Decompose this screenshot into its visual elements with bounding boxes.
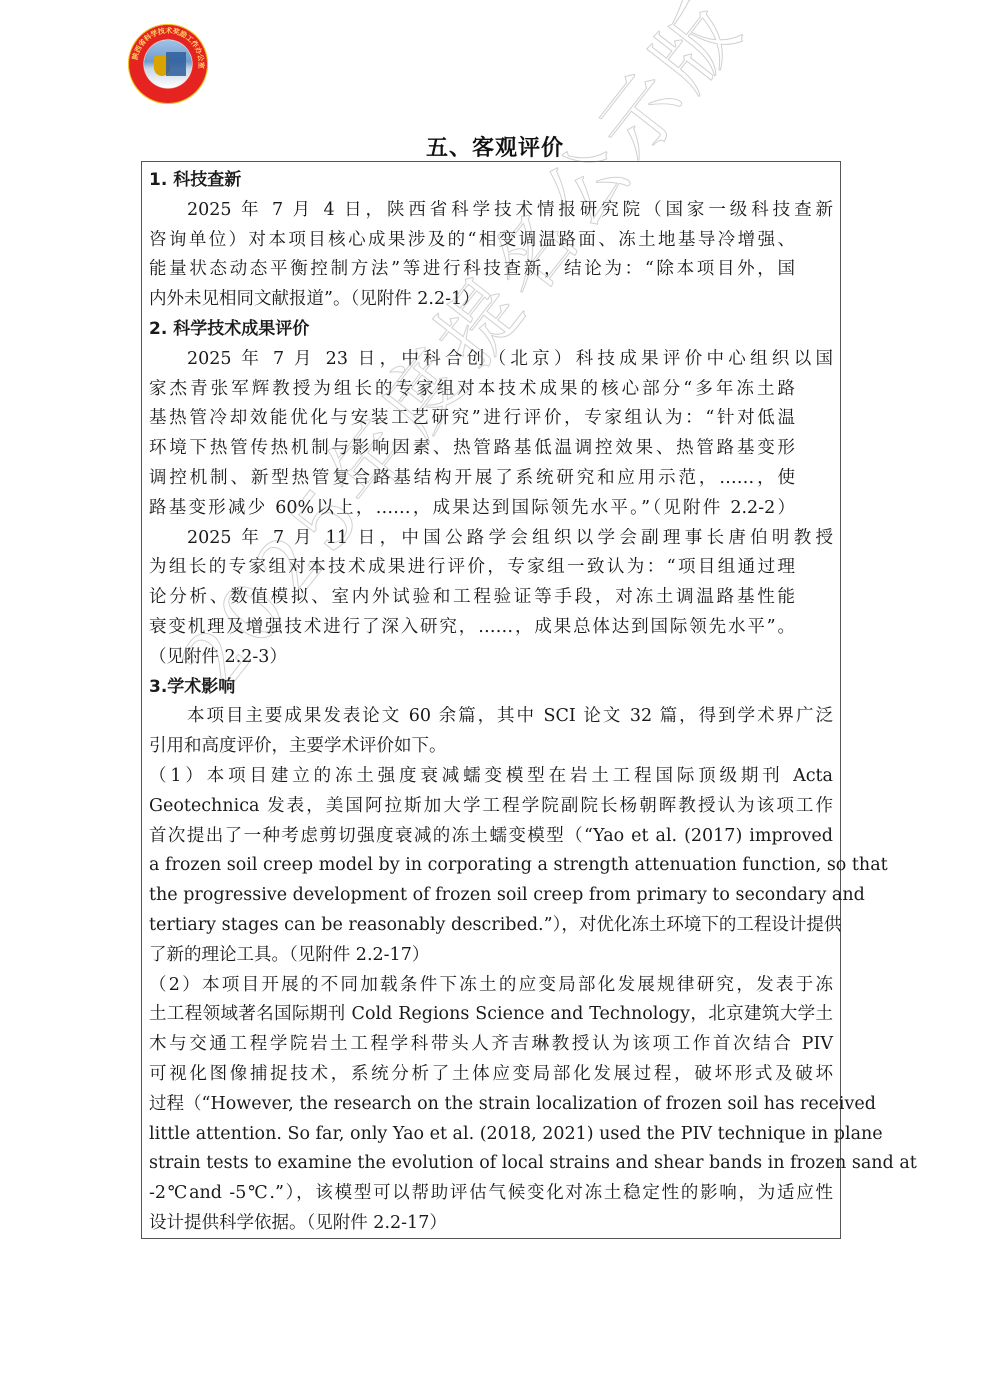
paragraph-line: little attention. So far, only Yao et al… <box>149 1120 833 1150</box>
paragraph-line: 2025 年 7 月 23 日，中科合创（北京）科技成果评价中心组织以国 <box>149 345 833 375</box>
paragraph-line: 2025 年 7 月 4 日，陕西省科学技术情报研究院（国家一级科技查新 <box>149 196 833 226</box>
official-seal-icon: 陕西省科学技术奖励工作办公室 <box>128 24 208 104</box>
paragraph-line: 家杰青张军辉教授为组长的专家组对本技术成果的核心部分“多年冻土路 <box>149 375 795 405</box>
paragraph-line: 首次提出了一种考虑剪切强度衰减的冻土蠕变模型（“Yao et al. (2017… <box>149 822 833 852</box>
paragraph-line: 本项目主要成果发表论文 60 余篇，其中 SCI 论文 32 篇，得到学术界广泛 <box>149 702 833 732</box>
paragraph-line: 可视化图像捕捉技术，系统分析了土体应变局部化发展过程，破坏形式及破坏 <box>149 1060 833 1090</box>
paragraph-line: 为组长的专家组对本技术成果进行评价，专家组一致认为：“项目组通过理 <box>149 553 795 583</box>
paragraph-line: 环境下热管传热机制与影响因素、热管路基低温调控效果、热管路基变形 <box>149 434 795 464</box>
paragraph-line: 过程（“However, the research on the strain … <box>149 1090 833 1120</box>
paragraph-line: 设计提供科学依据。（见附件 2.2-17） <box>149 1209 833 1239</box>
section-heading-novelty-search: 1. 科技查新 <box>149 166 833 196</box>
section-heading-academic-impact: 3.学术影响 <box>149 673 833 703</box>
svg-text:陕西省科学技术奖励工作办公室: 陕西省科学技术奖励工作办公室 <box>130 26 206 69</box>
paragraph-line: tertiary stages can be reasonably descri… <box>149 911 833 941</box>
paragraph-line: the progressive development of frozen so… <box>149 881 833 911</box>
paragraph-line: （2）本项目开展的不同加载条件下冻土的应变局部化发展规律研究，发表于冻 <box>149 971 833 1001</box>
paragraph-line: -2℃and -5℃.”），该模型可以帮助评估气候变化对冻土稳定性的影响，为适应… <box>149 1179 833 1209</box>
paragraph-line: 衰变机理及增强技术进行了深入研究，……，成果总体达到国际领先水平”。 <box>149 613 795 643</box>
section-heading-achievement-evaluation: 2. 科学技术成果评价 <box>149 315 833 345</box>
paragraph-line: strain tests to examine the evolution of… <box>149 1149 833 1179</box>
paragraph-line: 路基变形减少 60%以上，……，成果达到国际领先水平。”（见附件 2.2-2） <box>149 494 795 524</box>
paragraph-line: 论分析、数值模拟、室内外试验和工程验证等手段，对冻土调温路基性能 <box>149 583 795 613</box>
paragraph-line: 引用和高度评价，主要学术评价如下。 <box>149 732 833 762</box>
evaluation-content: 1. 科技查新 2025 年 7 月 4 日，陕西省科学技术情报研究院（国家一级… <box>149 166 833 1239</box>
paragraph-line: 内外未见相同文献报道”。（见附件 2.2-1） <box>149 285 833 315</box>
seal-ring-text: 陕西省科学技术奖励工作办公室 <box>128 24 208 104</box>
page-title: 五、客观评价 <box>0 131 990 162</box>
paragraph-line: 咨询单位）对本项目核心成果涉及的“相变调温路面、冻土地基导冷增强、 <box>149 226 795 256</box>
paragraph-line: 了新的理论工具。（见附件 2.2-17） <box>149 941 833 971</box>
paragraph-line: a frozen soil creep model by in corporat… <box>149 851 833 881</box>
paragraph-line: 土工程领域著名国际期刊 Cold Regions Science and Tec… <box>149 1000 833 1030</box>
paragraph-line: 基热管冷却效能优化与安装工艺研究”进行评价，专家组认为：“针对低温 <box>149 404 795 434</box>
paragraph-line: 调控机制、新型热管复合路基结构开展了系统研究和应用示范，……，使 <box>149 464 795 494</box>
paragraph-line: （1）本项目建立的冻土强度衰减蠕变模型在岩土工程国际顶级期刊 Acta <box>149 762 833 792</box>
paragraph-line: Geotechnica 发表，美国阿拉斯加大学工程学院副院长杨朝晖教授认为该项工… <box>149 792 833 822</box>
paragraph-line: 能量状态动态平衡控制方法”等进行科技查新，结论为：“除本项目外，国 <box>149 255 795 285</box>
paragraph-line: （见附件 2.2-3） <box>149 643 833 673</box>
paragraph-line: 2025 年 7 月 11 日，中国公路学会组织以学会副理事长唐伯明教授 <box>149 524 833 554</box>
paragraph-line: 木与交通工程学院岩土工程学科带头人齐吉琳教授认为该项工作首次结合 PIV <box>149 1030 833 1060</box>
